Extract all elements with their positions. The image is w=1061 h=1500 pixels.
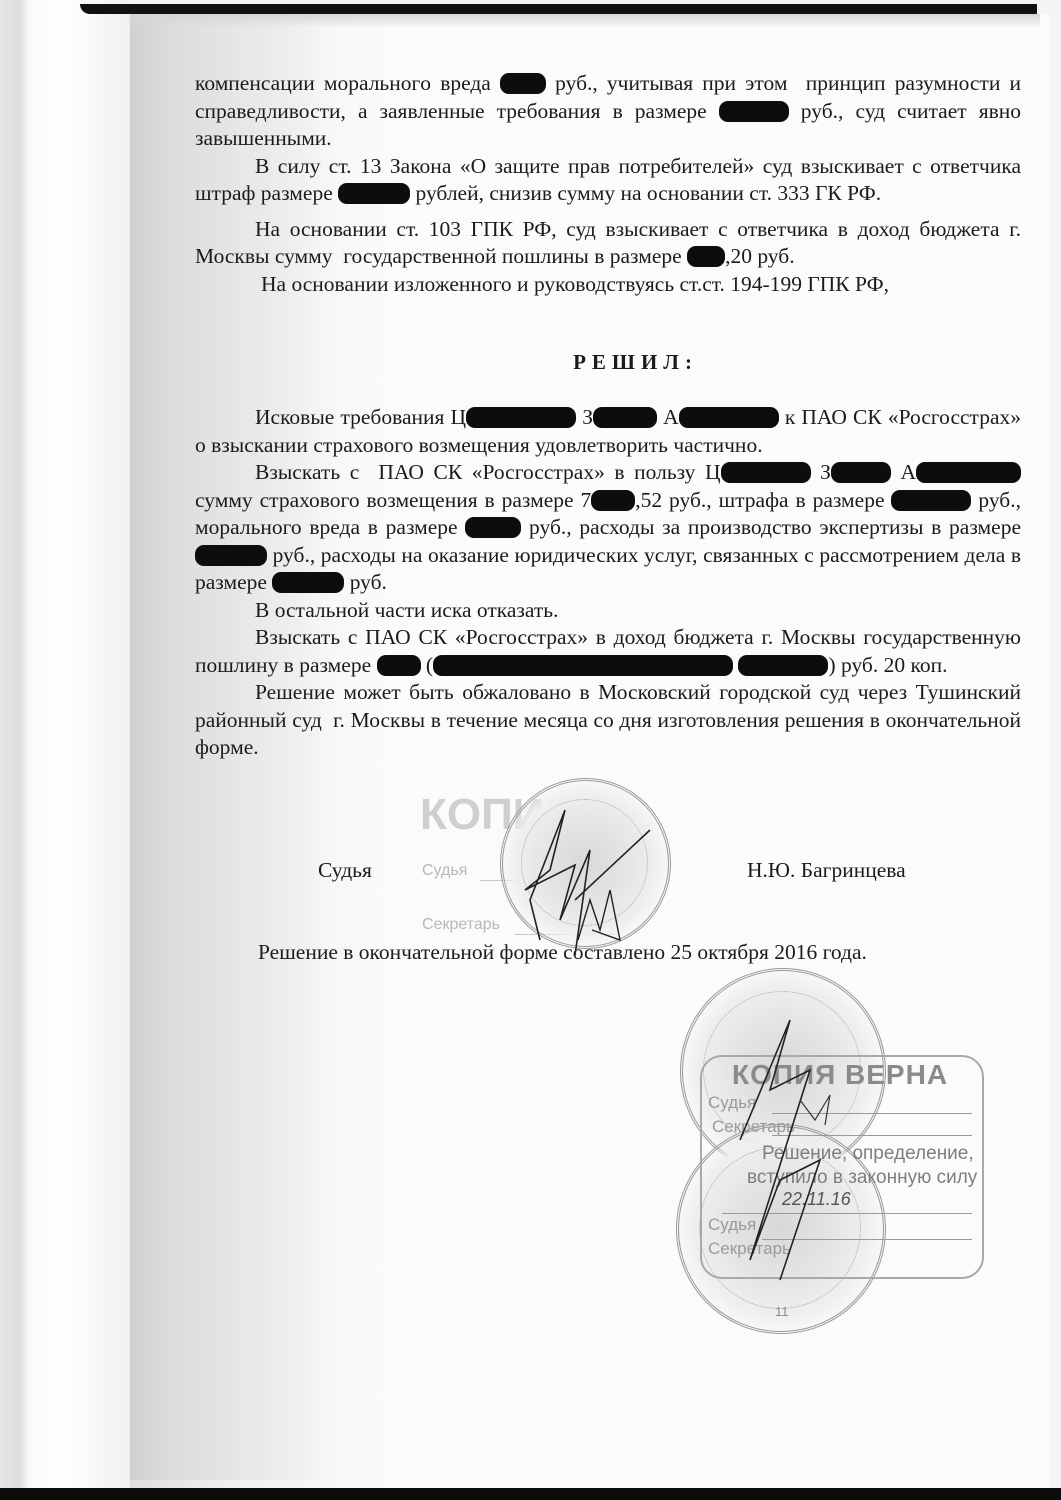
redaction-block	[719, 101, 789, 122]
redaction-block	[195, 545, 267, 566]
redaction-block	[591, 490, 635, 511]
ghost-stamp-judge: Судья	[422, 862, 467, 880]
redaction-block	[687, 246, 725, 267]
document-body-decision: Исковые требования Ц З А к ПАО СК «Росго…	[195, 404, 1021, 762]
decision-appeal: Решение может быть обжаловано в Московск…	[195, 679, 1021, 762]
decision-heading: РЕШИЛ:	[0, 350, 1061, 375]
judge-signature-icon	[480, 790, 680, 960]
redaction-block	[500, 73, 546, 94]
seal-number: 11	[775, 1304, 789, 1319]
signature-name: Н.Ю. Багринцева	[747, 858, 906, 883]
stamp-signature-icon	[720, 1000, 860, 1280]
redaction-block	[593, 407, 657, 428]
scan-top-shade	[130, 14, 1040, 28]
redaction-block	[377, 655, 421, 676]
paragraph-fine: В силу ст. 13 Закона «О защите прав потр…	[195, 153, 1021, 208]
redaction-block	[831, 462, 891, 483]
decision-claims: Исковые требования Ц З А к ПАО СК «Росго…	[195, 404, 1021, 459]
document-body-top: компенсации моральногo вреда руб., учиты…	[195, 70, 1021, 298]
scan-top-border	[80, 4, 1037, 14]
scan-left-margin	[0, 0, 130, 1490]
redaction-block	[338, 183, 410, 204]
redaction-block	[465, 517, 521, 538]
redaction-block	[272, 572, 344, 593]
paragraph-moral-damage: компенсации моральногo вреда руб., учиты…	[195, 70, 1021, 153]
decision-state-duty: Взыскать с ПАО СК «Росгосстрах» в доход …	[195, 624, 1021, 679]
redaction-block	[738, 655, 828, 676]
signature-role: Судья	[318, 858, 372, 883]
redaction-block	[916, 462, 1021, 483]
redaction-block	[721, 462, 811, 483]
decision-recover: Взыскать с ПАО СК «Росгосстрах» в пользу…	[195, 459, 1021, 597]
decision-rest-denied: В остальной части иска отказать.	[195, 597, 1021, 625]
redaction-block	[679, 407, 779, 428]
redaction-block	[891, 490, 971, 511]
redaction-block	[466, 407, 576, 428]
paragraph-legal-basis: На основании изложенного и руководствуяс…	[195, 271, 1021, 299]
paragraph-state-duty: На основании ст. 103 ГПК РФ, суд взыскив…	[195, 216, 1021, 271]
redaction-block	[433, 655, 733, 676]
scan-bottom-border	[0, 1488, 1061, 1500]
